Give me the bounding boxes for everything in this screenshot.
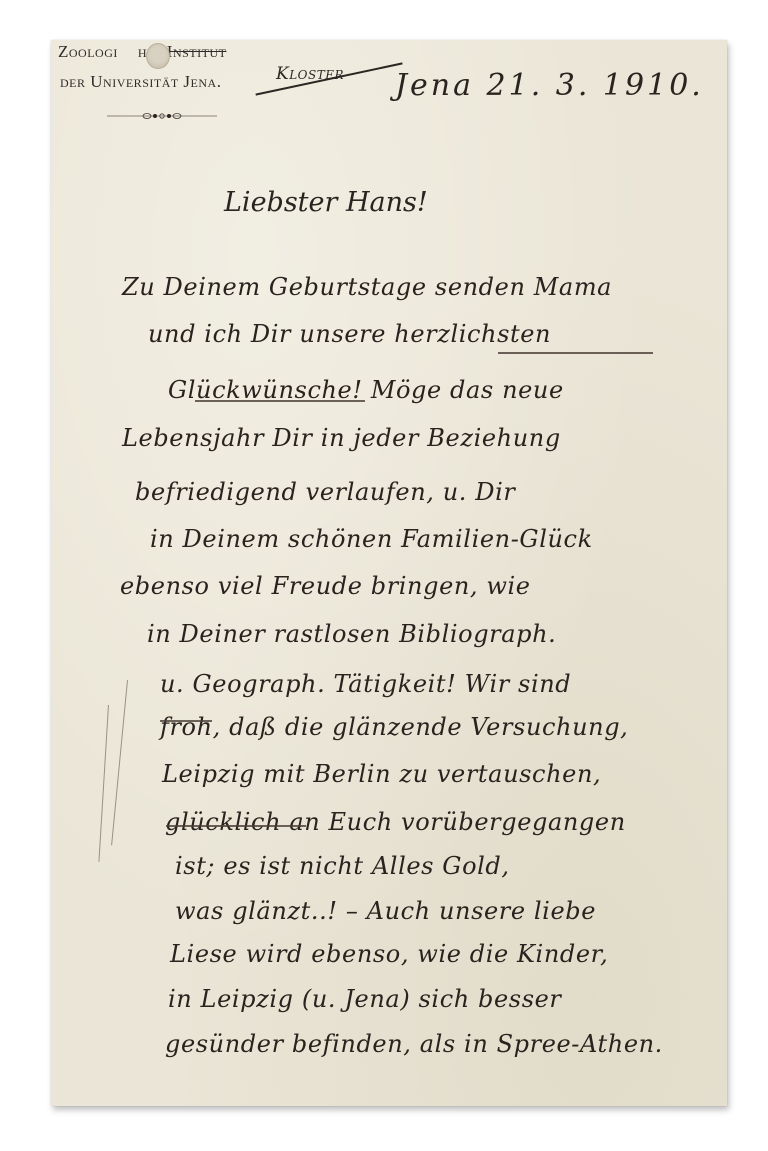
salutation: Liebster Hans! <box>224 187 428 218</box>
body-line: Liese wird ebenso, wie die Kinder, <box>170 940 608 968</box>
place-and-date: Jena 21. 3. 1910. <box>395 68 704 103</box>
body-line: ist; es ist nicht Alles Gold, <box>175 852 510 880</box>
body-line: in Leipzig (u. Jena) sich besser <box>168 985 562 1013</box>
letterhead-university: der Universität Jena. <box>60 72 221 92</box>
body-line: glücklich an Euch vorübergegangen <box>165 808 626 836</box>
body-line: in Deiner rastlosen Bibliograph. <box>147 620 556 648</box>
struck-word: Institut <box>167 42 227 61</box>
underline <box>195 400 365 402</box>
body-line: befriedigend verlaufen, u. Dir <box>135 478 515 506</box>
underline <box>166 825 306 827</box>
letterhead-ornament-icon <box>107 111 217 121</box>
body-line: Zu Deinem Geburtstage senden Mama <box>122 273 612 301</box>
body-line: und ich Dir unsere herzlichsten <box>148 320 551 348</box>
underline <box>498 352 653 354</box>
body-line: ebenso viel Freude bringen, wie <box>120 572 531 600</box>
body-line: gesünder befinden, als in Spree-Athen. <box>165 1030 663 1058</box>
body-line: in Deinem schönen Familien-Glück <box>150 525 593 553</box>
letterhead-institute: Zoologihes Institut <box>58 42 226 62</box>
body-line: Leipzig mit Berlin zu vertauschen, <box>162 760 601 788</box>
body-line: was glänzt..! – Auch unsere liebe <box>175 897 596 925</box>
underline <box>160 720 212 722</box>
body-line: Lebensjahr Dir in jeder Beziehung <box>122 424 561 452</box>
body-line: froh, daß die glänzende Versuchung, <box>160 713 628 741</box>
letterhead-text-prefix: Zoologi <box>58 42 118 61</box>
punch-hole <box>146 43 170 69</box>
body-line: u. Geograph. Tätigkeit! Wir sind <box>160 670 571 698</box>
